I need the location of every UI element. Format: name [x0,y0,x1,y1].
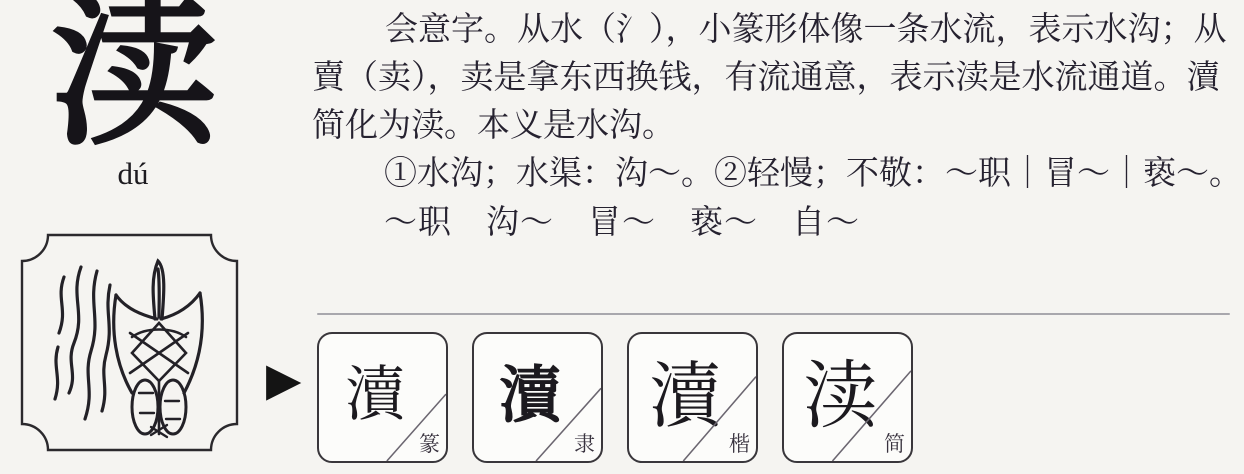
simplified-script-glyph: 渎 [803,337,877,443]
script-label-simplified: 简 [884,428,905,458]
section-divider [317,313,1230,315]
script-box-clerical: 瀆 隶 [472,332,603,463]
headword-character: 渎 [48,0,218,160]
etymology-line-2: 賣（卖），卖是拿东西换钱，有流通意，表示渎是水流通道。瀆 [312,56,1220,100]
collocation-list: ～职 沟～ 冒～ 亵～ 自～ [384,201,860,245]
seal-script-glyph: 瀆 [345,347,405,433]
script-label-clerical: 隶 [574,428,595,458]
ancient-form-frame [6,221,253,464]
evolution-arrow-icon: ▶ [266,356,301,402]
frame-border [22,235,237,450]
etymology-line-3: 简化为渎。本义是水沟。 [312,104,675,148]
clerical-script-glyph: 瀆 [499,345,561,434]
seal-script-drawing [55,261,202,437]
script-box-simplified: 渎 简 [782,332,913,463]
script-label-seal: 篆 [419,428,440,458]
dictionary-entry-page: 渎 dú 会意字。从水（氵），小篆形体像一条水流，表示水沟；从 賣（卖），卖是拿… [0,0,1244,474]
etymology-line-1: 会意字。从水（氵），小篆形体像一条水流，表示水沟；从 [385,8,1227,52]
script-evolution-row: 瀆 篆 瀆 隶 瀆 楷 渎 简 [317,332,913,463]
script-box-seal: 瀆 篆 [317,332,448,463]
sense-definitions: ①水沟；水渠：沟～。②轻慢；不敬：～职｜冒～｜亵～。 [384,152,1242,196]
regular-script-glyph: 瀆 [649,338,721,442]
pinyin-label: dú [48,156,218,192]
script-box-regular: 瀆 楷 [627,332,758,463]
script-label-regular: 楷 [729,428,750,458]
